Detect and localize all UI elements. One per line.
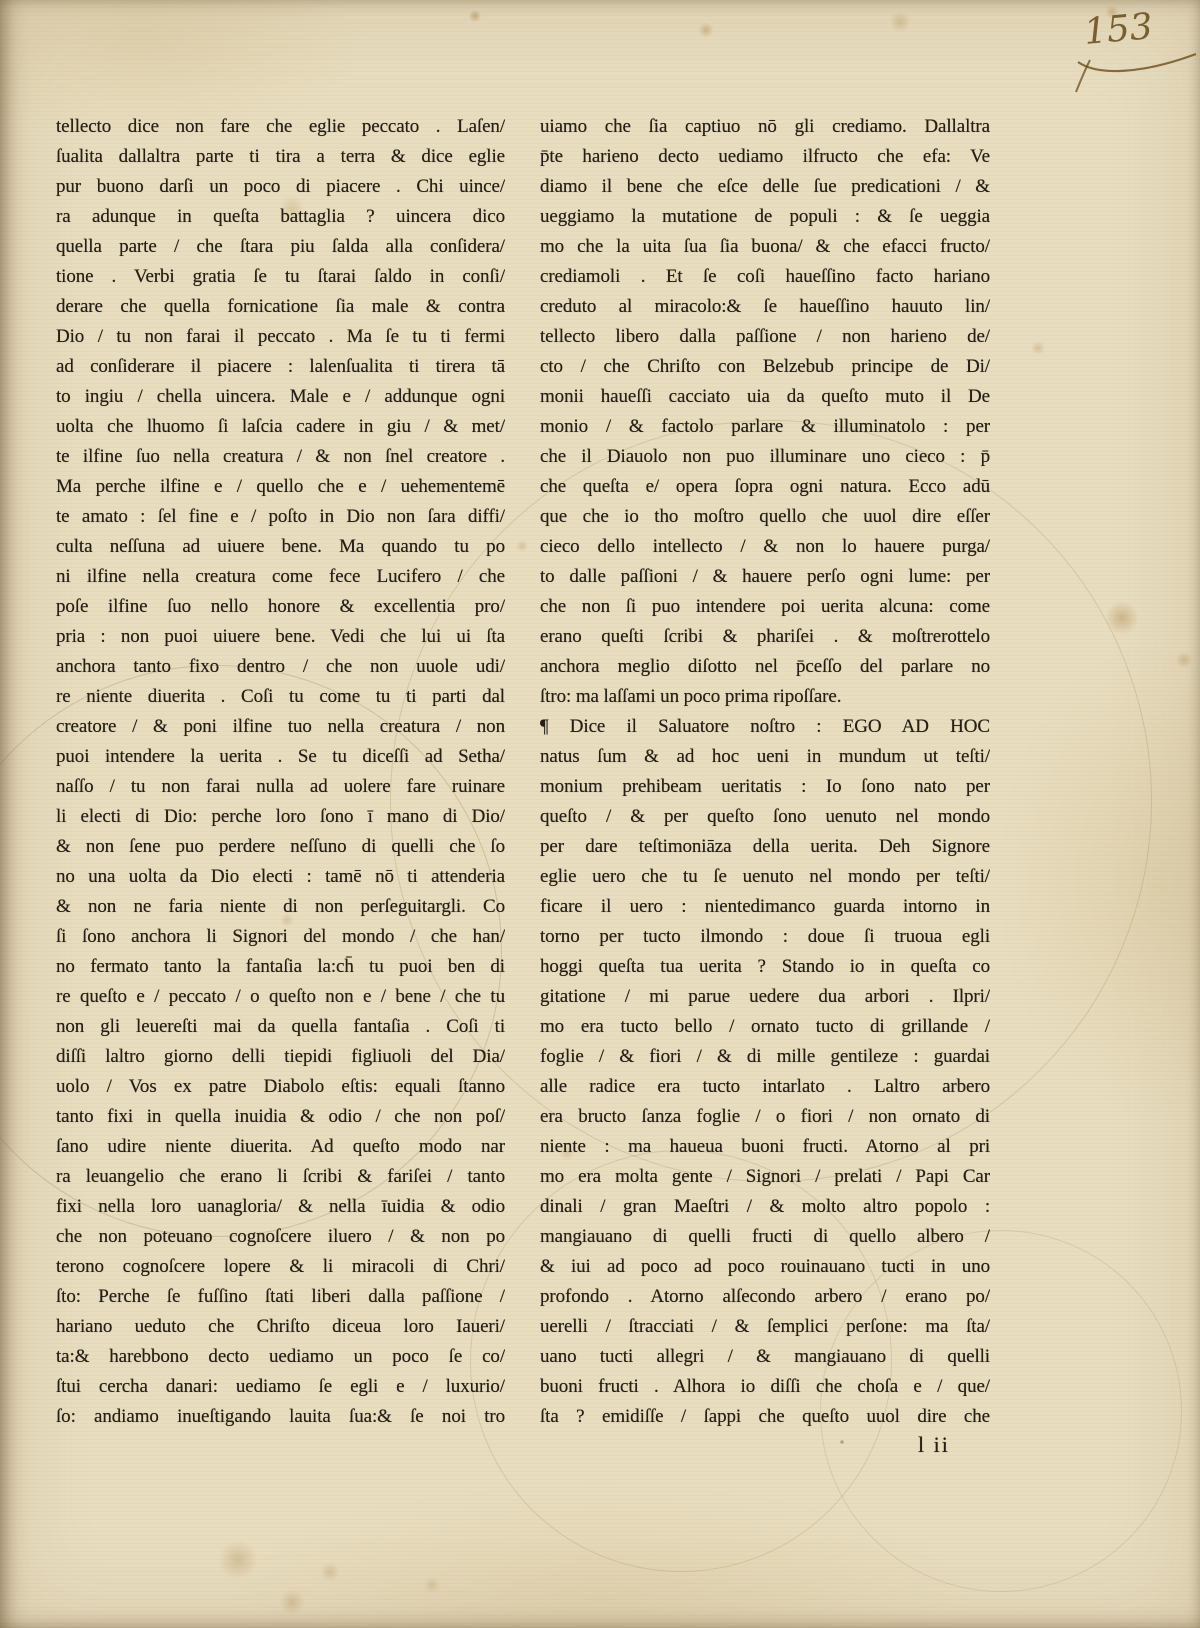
text-line: te amato : ſel fine e / poſto in Dio non… [56,502,505,532]
text-line: alle radice era tucto intarlato . Laltro… [540,1072,990,1102]
text-line: dinali / gran Maeſtri / & molto altro po… [540,1192,990,1222]
text-line: tellecto libero dalla paſſione / non har… [540,322,990,352]
text-line: monii haueſſi cacciato uia da queſto mut… [540,382,990,412]
text-line: ad conſiderare il piacere : lalenſualita… [56,352,505,382]
text-line: ra leuangelio che erano li ſcribi & fari… [56,1162,505,1192]
text-line: ſto: Perche ſe fuſſino ſtati liberi dall… [56,1282,505,1312]
text-line: no una uolta da Dio electi : tamē nō ti … [56,862,505,892]
text-line: ficare il uero : nientedimanco guarda in… [540,892,990,922]
text-line: ſano udire niente diuerita. Ad queſto mo… [56,1132,505,1162]
text-line: creatore / & poni ilfine tuo nella creat… [56,712,505,742]
text-line: derare che quella fornicatione ſia male … [56,292,505,322]
text-line: erano queſti ſcribi & phariſei . & moſtr… [540,622,990,652]
text-line: ni ilfine nella creatura come fece Lucif… [56,562,505,592]
text-line: diamo il bene che eſce delle ſue predica… [540,172,990,202]
text-line: que che io tho moſtro quello che uuol di… [540,502,990,532]
text-line: te ilfine ſuo nella creatura / & non ſne… [56,442,505,472]
text-line: che non ſi puo intendere poi uerita alcu… [540,592,990,622]
text-line: poſe ilfine ſuo nello honore & excellent… [56,592,505,622]
text-line: uolta che lhuomo ſi laſcia cadere in giu… [56,412,505,442]
text-line: torno per tucto ilmondo : doue ſi truoua… [540,922,990,952]
text-line: monium prehibeam ueritatis : Io ſono nat… [540,772,990,802]
book-page-scan: tellecto dice non fare che eglie peccato… [0,0,1200,1628]
text-line: cto / che Chriſto con Belzebub principe … [540,352,990,382]
text-line: ueggiamo la mutatione de populi : & ſe u… [540,202,990,232]
text-line: ſualita dallaltra parte ti tira a terra … [56,142,505,172]
text-line: mangiauano di quelli fructi di quello al… [540,1222,990,1252]
text-line: no fermato tanto la fantaſia la:ch̄ tu p… [56,952,505,982]
text-line: natus ſum & ad hoc ueni in mundum ut teſ… [540,742,990,772]
text-line: tanto fixi in quella inuidia & odio / ch… [56,1102,505,1132]
text-line: re queſto e / peccato / o queſto non e /… [56,982,505,1012]
text-line: & iui ad poco ad poco rouinauano tucti i… [540,1252,990,1282]
text-line: creduto al miracolo:& ſe haueſſino hauut… [540,292,990,322]
text-line: tione . Verbi gratia ſe tu ſtarai ſaldo … [56,262,505,292]
text-line: anchora meglio diſotto nel p̄ceſſo del p… [540,652,990,682]
text-line: buoni fructi . Alhora io diſſi che choſa… [540,1372,990,1402]
text-line: ſi ſono anchora li Signori del mondo / c… [56,922,505,952]
text-line: ra adunque in queſta battaglia ? uincera… [56,202,505,232]
text-line: foglie / & fiori / & di mille gentileze … [540,1042,990,1072]
text-line: mo che la uita ſua ſia buona/ & che efac… [540,232,990,262]
handwritten-folio-number: 153 [1072,8,1200,100]
text-line: li electi di Dio: perche loro ſono ī man… [56,802,505,832]
text-line: cieco dello intellecto / & non lo hauere… [540,532,990,562]
text-line: Ma perche ilfine e / quello che e / uehe… [56,472,505,502]
text-line: uano tucti allegri / & mangiauano di que… [540,1342,990,1372]
text-line: uolo / Vos ex patre Diabolo eſtis: equal… [56,1072,505,1102]
text-line: che il Diauolo non puo illuminare uno ci… [540,442,990,472]
text-line: pria : non puoi uiuere bene. Vedi che lu… [56,622,505,652]
text-line: che non poteuano cognoſcere iluero / & n… [56,1222,505,1252]
text-line: non gli leuereſti mai da quella fantaſia… [56,1012,505,1042]
text-line: mo era molta gente / Signori / prelati /… [540,1162,990,1192]
text-line: crediamoli . Et ſe coſi haueſſino facto … [540,262,990,292]
text-line: diſſi laltro giorno delli tiepidi figliu… [56,1042,505,1072]
signature-mark: l ii [918,1430,1008,1460]
text-line: to dalle paſſioni / & hauere perſo ogni … [540,562,990,592]
text-line: Dio / tu non farai il peccato . Ma ſe tu… [56,322,505,352]
text-line: re niente diuerita . Coſi tu come tu ti … [56,682,505,712]
text-line: to ingiu / chella uincera. Male e / addu… [56,382,505,412]
text-line: che queſta e/ opera ſopra ogni natura. E… [540,472,990,502]
text-line: & non ne faria niente di non perſeguitar… [56,892,505,922]
text-line: ſtro: ma laſſami un poco prima ripoſſare… [540,682,990,712]
text-line: ſta ? emidiſſe / ſappi che queſto uuol d… [540,1402,990,1432]
text-line: tellecto dice non fare che eglie peccato… [56,112,505,142]
text-line: niente : ma haueua buoni fructi. Atorno … [540,1132,990,1162]
text-line: hariano ueduto che Chriſto diceua loro I… [56,1312,505,1342]
text-column-right: uiamo che ſia captiuo nō gli crediamo. D… [540,112,990,1432]
text-line: hoggi queſta tua uerita ? Stando io in q… [540,952,990,982]
text-line: culta neſſuna ad uiuere bene. Ma quando … [56,532,505,562]
text-line: era bructo ſanza foglie / o fiori / non … [540,1102,990,1132]
text-line: per dare teſtimoniāza della uerita. Deh … [540,832,990,862]
text-column-left: tellecto dice non fare che eglie peccato… [56,112,505,1432]
text-line: gitatione / mi parue uedere dua arbori .… [540,982,990,1012]
text-line: mo era tucto bello / ornato tucto di gri… [540,1012,990,1042]
text-line: ¶ Dice il Saluatore noſtro : EGO AD HOC [540,712,990,742]
folio-number-text: 153 [1083,9,1155,51]
text-line: quella parte / che ſtara piu ſalda alla … [56,232,505,262]
text-line: eglie uero che tu ſe uenuto nel mondo pe… [540,862,990,892]
text-line: uerelli / ſtracciati / & ſemplici perſon… [540,1312,990,1342]
text-line: queſto / & per queſto ſono uenuto nel mo… [540,802,990,832]
text-line: puoi intendere la uerita . Se tu diceſſi… [56,742,505,772]
text-line: terono cognoſcere lopere & li miracoli d… [56,1252,505,1282]
text-line: ta:& harebbono decto uediamo un poco ſe … [56,1342,505,1372]
text-line: pur buono darſi un poco di piacere . Chi… [56,172,505,202]
text-line: profondo . Atorno alſecondo arbero / era… [540,1282,990,1312]
text-line: ſo: andiamo inueſtigando lauita ſua:& ſe… [56,1402,505,1432]
text-line: uiamo che ſia captiuo nō gli crediamo. D… [540,112,990,142]
text-line: monio / & factolo parlare & illuminatolo… [540,412,990,442]
text-line: & non ſene puo perdere neſſuno di quelli… [56,832,505,862]
text-line: naſſo / tu non farai nulla ad uolere far… [56,772,505,802]
text-line: p̄te harieno decto uediamo ilfructo che … [540,142,990,172]
text-line: anchora tanto fixo dentro / che non uuol… [56,652,505,682]
text-line: fixi nella loro uanagloria/ & nella īuid… [56,1192,505,1222]
text-line: ſtui cercha danari: uediamo ſe egli e / … [56,1372,505,1402]
